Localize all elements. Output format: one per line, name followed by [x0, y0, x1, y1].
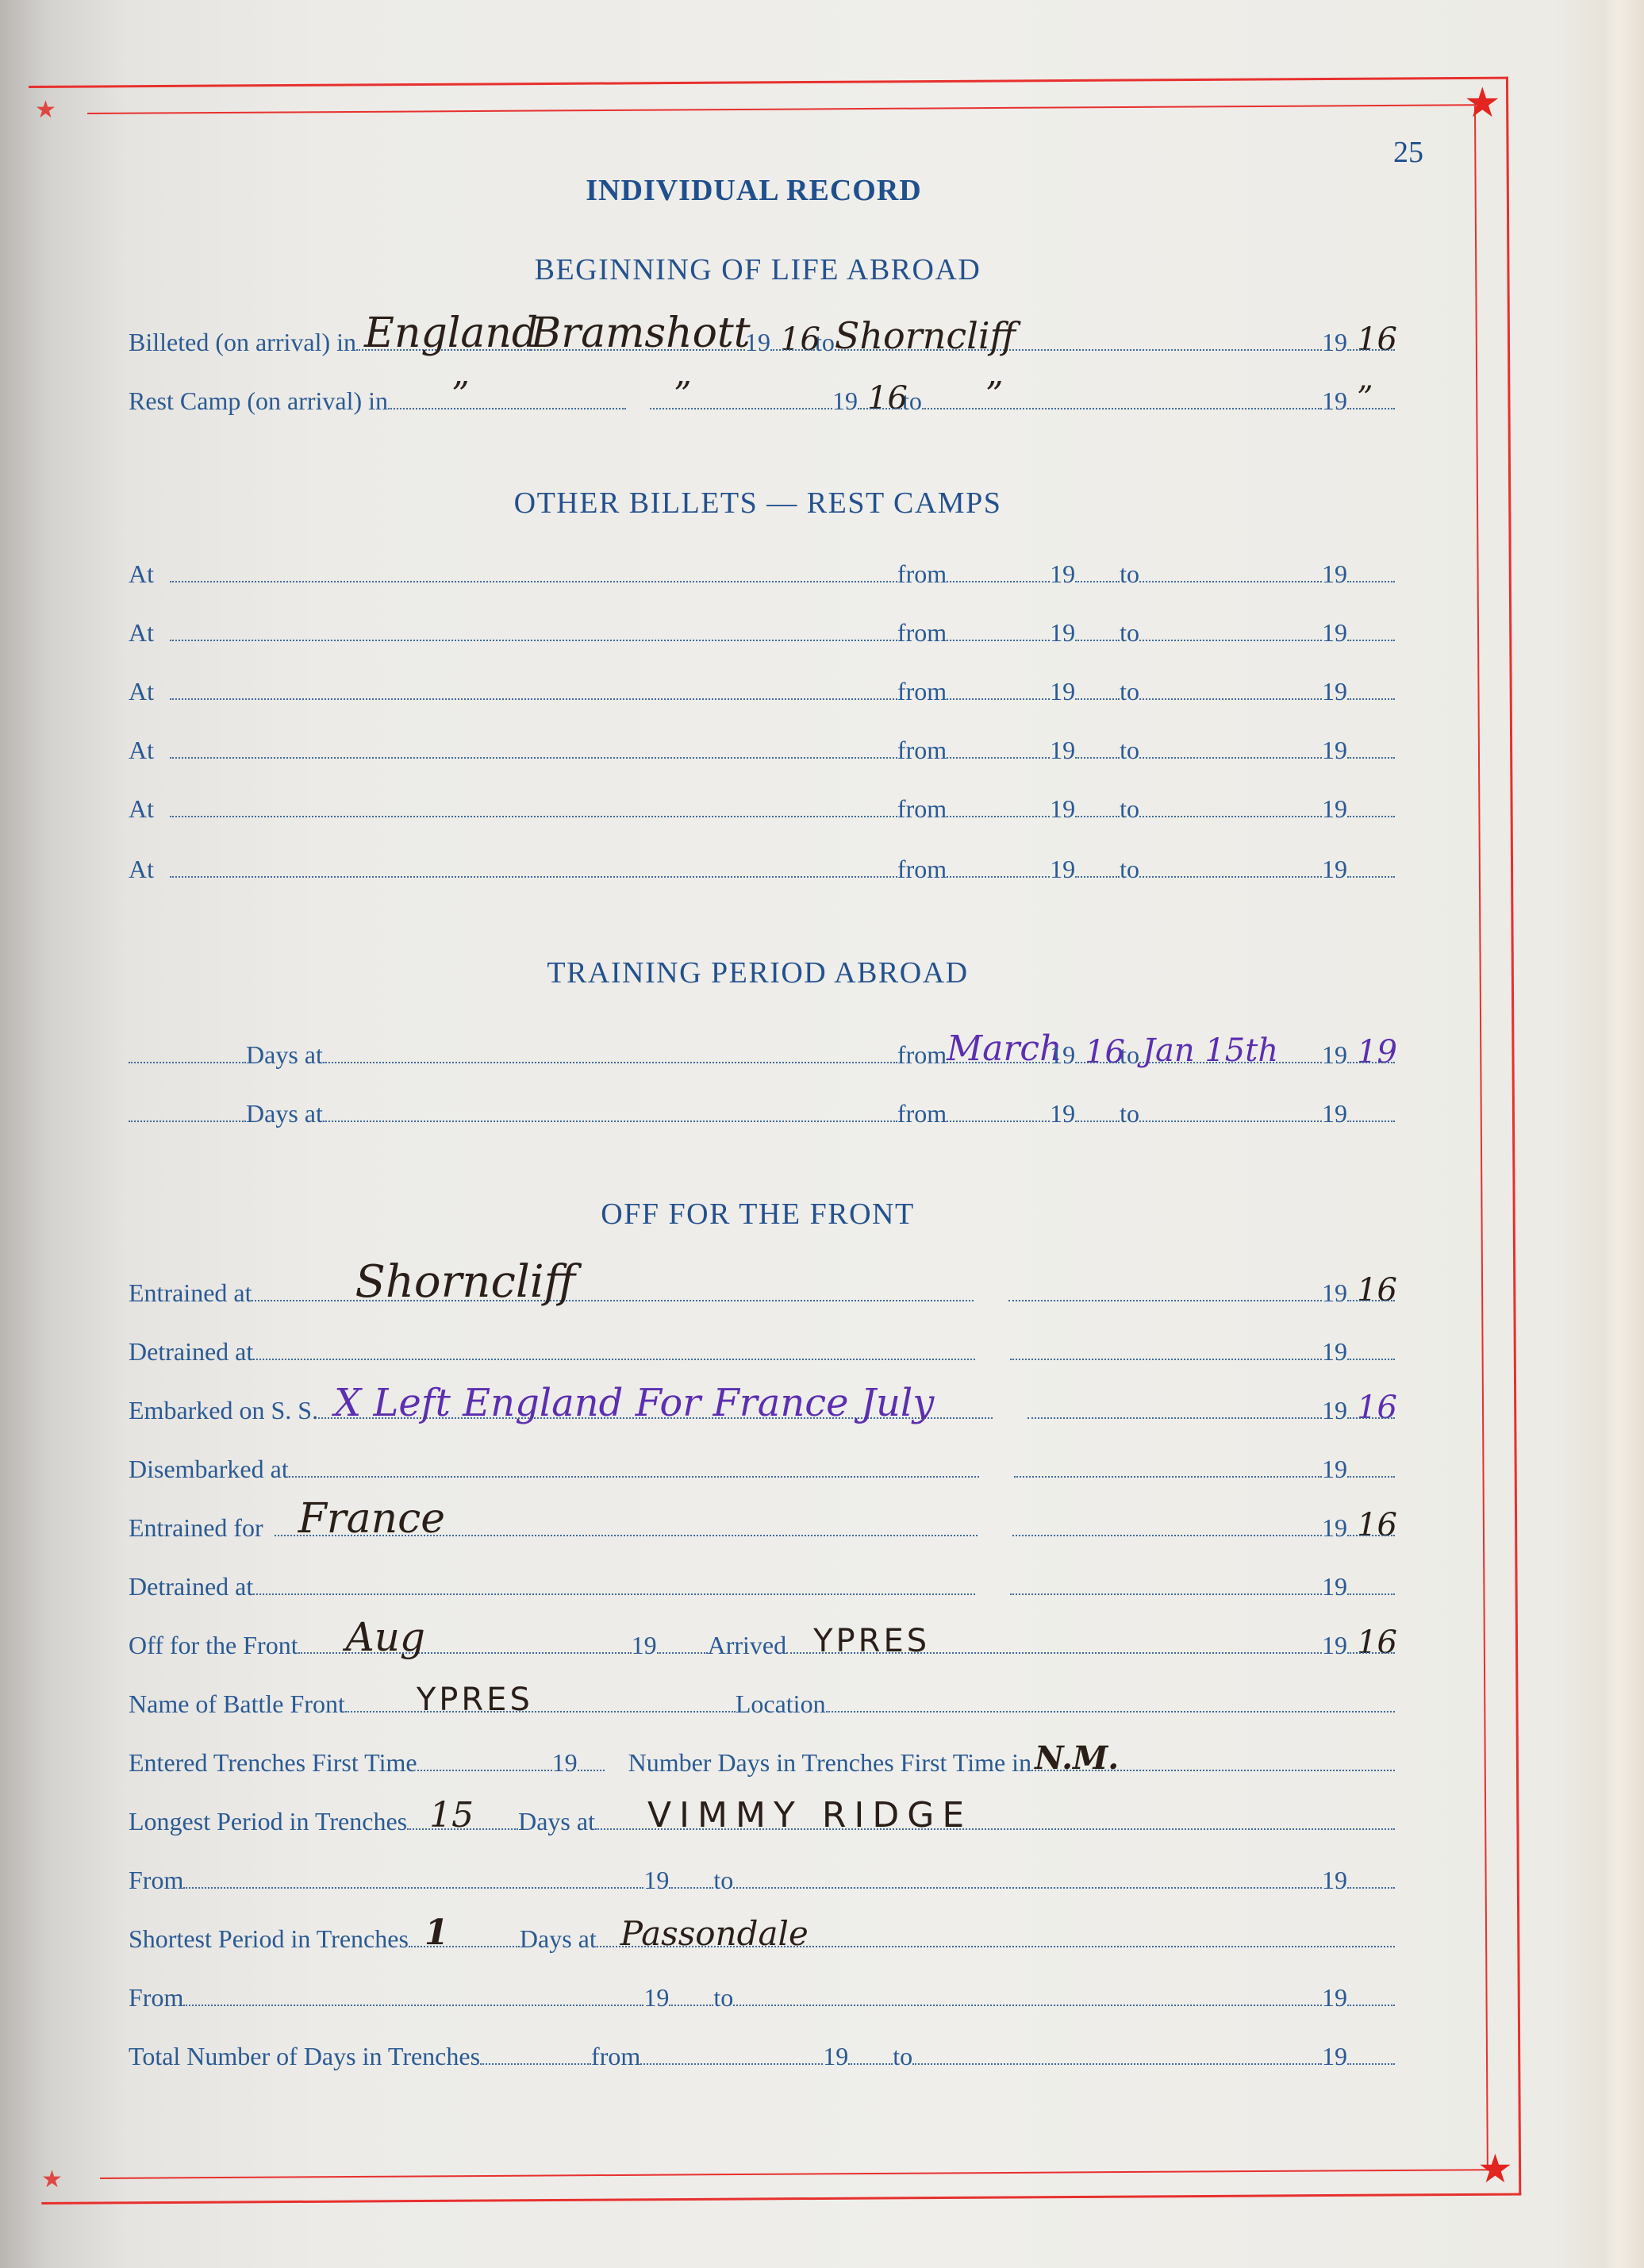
disembarked-row: Disembarked at 19	[129, 1446, 1395, 1484]
other-billet-from-field[interactable]	[947, 698, 1050, 700]
longest-place-field[interactable]: VIMMY RIDGE	[595, 1828, 1395, 1830]
battle-front-row: Name of Battle Front YPRES Location	[129, 1681, 1395, 1719]
entrained-for-year[interactable]: 1916	[1322, 1513, 1347, 1543]
training-row: Days at from 19 to 19	[129, 1090, 1395, 1128]
battle-front-field[interactable]: YPRES	[345, 1711, 736, 1713]
training-days-field[interactable]	[129, 1062, 246, 1063]
detrained-at-row: Detrained at 19	[129, 1328, 1395, 1367]
page-number: 25	[1393, 135, 1423, 170]
other-billet-to-field[interactable]	[1139, 640, 1322, 641]
training-from-field[interactable]	[947, 1121, 1050, 1122]
longest-period-row: Longest Period in Trenches 15 Days at VI…	[129, 1798, 1395, 1836]
rest-camp-place-field[interactable]: ”	[388, 408, 626, 409]
billeted-from-year[interactable]: 1916	[745, 328, 770, 357]
shortest-days-field[interactable]: 1	[409, 1946, 520, 1947]
billeted-place-field[interactable]: England	[356, 349, 531, 351]
longest-range-row: From 19 to 19	[129, 1857, 1395, 1895]
arrived-field[interactable]: YPRES	[786, 1652, 1322, 1654]
off-for-front-field[interactable]: Aug	[298, 1652, 632, 1654]
training-to-year[interactable]: 1919	[1322, 1040, 1347, 1070]
shortest-to-field[interactable]	[733, 2005, 1322, 2006]
rest-camp-place2-field[interactable]: ”	[650, 408, 832, 409]
star-icon: ★	[1477, 2149, 1513, 2189]
entered-trenches-row: Entered Trenches First Time 19 Number Da…	[129, 1739, 1395, 1778]
other-billet-from-field[interactable]	[947, 876, 1050, 878]
other-billet-at-field[interactable]	[170, 581, 897, 582]
training-from-field[interactable]: March	[947, 1062, 1050, 1063]
section-heading-other-billets: OTHER BILLETS — REST CAMPS	[0, 486, 1515, 521]
other-billet-row: At from 19 to 19	[129, 846, 1395, 884]
other-billet-to-field[interactable]	[1139, 581, 1322, 582]
days-first-time-field[interactable]: N.M.	[1031, 1770, 1395, 1771]
training-to-field[interactable]: Jan 15th	[1139, 1062, 1322, 1063]
billeted-to-year[interactable]: 1916	[1322, 328, 1347, 357]
other-billet-to-field[interactable]	[1139, 757, 1322, 759]
total-days-row: Total Number of Days in Trenches from 19…	[129, 2033, 1395, 2071]
section-heading-training: TRAINING PERIOD ABROAD	[0, 955, 1515, 990]
total-days-field[interactable]	[480, 2063, 591, 2065]
billeted-label: Billeted (on arrival) in	[129, 328, 356, 357]
training-place-field[interactable]	[323, 1062, 897, 1063]
other-billet-to-field[interactable]	[1139, 816, 1322, 817]
longest-from-field[interactable]	[183, 1887, 643, 1889]
training-from-year[interactable]: 1916	[1050, 1040, 1075, 1070]
other-billet-row: At from 19 to 19	[129, 786, 1395, 824]
section-heading-beginning: BEGINNING OF LIFE ABROAD	[0, 252, 1515, 287]
rest-camp-row: Rest Camp (on arrival) in ” ” 1916 to ” …	[129, 378, 1395, 416]
longest-days-field[interactable]: 15	[407, 1828, 518, 1830]
entrained-for-field[interactable]: France	[275, 1535, 978, 1536]
total-to-field[interactable]	[912, 2063, 1322, 2065]
entrained-at-field[interactable]: Shorncliff	[252, 1300, 974, 1301]
embarked-year[interactable]: 1916	[1322, 1396, 1347, 1425]
star-icon: ★	[41, 2168, 63, 2192]
disembarked-field[interactable]	[289, 1476, 979, 1478]
detrained-at-field[interactable]	[253, 1593, 975, 1595]
other-billet-from-field[interactable]	[947, 816, 1050, 817]
training-to-field[interactable]	[1139, 1121, 1322, 1122]
other-billet-row: At from 19 to 19	[129, 609, 1395, 648]
other-billet-at-field[interactable]	[170, 757, 897, 759]
detrained-at-row: Detrained at 19	[129, 1563, 1395, 1601]
rest-camp-to-year[interactable]: 19”	[1322, 386, 1347, 416]
shortest-range-row: From 19 to 19	[129, 1974, 1395, 2012]
other-billet-to-field[interactable]	[1139, 876, 1322, 878]
star-icon: ★	[1464, 83, 1501, 124]
billeted-to-place-field[interactable]: Shorncliff	[835, 349, 1322, 351]
billeted-row: Billeted (on arrival) in England Bramsho…	[129, 319, 1395, 357]
entered-trenches-field[interactable]	[417, 1770, 552, 1771]
longest-to-field[interactable]	[733, 1887, 1322, 1889]
other-billet-at-field[interactable]	[170, 640, 897, 641]
embarked-row: Embarked on S. S. X Left England For Fra…	[129, 1387, 1395, 1425]
other-billet-row: At from 19 to 19	[129, 551, 1395, 589]
detrained-at-field[interactable]	[253, 1359, 975, 1360]
location-field[interactable]	[826, 1711, 1395, 1713]
entrained-at-row: Entrained at Shorncliff 1916	[129, 1270, 1395, 1308]
rest-camp-to-place-field[interactable]: ”	[922, 408, 1322, 409]
star-icon: ★	[35, 98, 56, 122]
other-billet-from-field[interactable]	[947, 757, 1050, 759]
training-place-field[interactable]	[323, 1121, 897, 1122]
page-title: INDIVIDUAL RECORD	[0, 173, 1508, 208]
rest-camp-label: Rest Camp (on arrival) in	[129, 386, 388, 416]
embarked-ship-field[interactable]: X Left England For France July	[318, 1417, 993, 1419]
shortest-period-row: Shortest Period in Trenches 1 Days at Pa…	[129, 1916, 1395, 1954]
training-days-field[interactable]	[129, 1121, 246, 1122]
other-billet-at-field[interactable]	[170, 816, 897, 817]
rest-camp-from-year[interactable]: 1916	[832, 386, 858, 416]
shortest-place-field[interactable]: Passondale	[597, 1946, 1395, 1947]
other-billet-row: At from 19 to 19	[129, 668, 1395, 706]
other-billet-from-field[interactable]	[947, 581, 1050, 582]
section-heading-front: OFF FOR THE FRONT	[0, 1197, 1515, 1232]
arrived-year[interactable]: 1916	[1322, 1631, 1347, 1660]
other-billet-to-field[interactable]	[1139, 698, 1322, 700]
entrained-at-year[interactable]: 1916	[1322, 1278, 1347, 1308]
total-from-field[interactable]	[640, 2063, 823, 2065]
other-billet-at-field[interactable]	[170, 876, 897, 878]
shortest-from-field[interactable]	[183, 2005, 643, 2006]
billeted-place2-field[interactable]: Bramshott	[531, 349, 745, 351]
entrained-for-row: Entrained for France 1916	[129, 1505, 1395, 1543]
off-for-front-row: Off for the Front Aug 19 Arrived YPRES 1…	[129, 1622, 1395, 1660]
other-billet-at-field[interactable]	[170, 698, 897, 700]
other-billet-from-field[interactable]	[947, 640, 1050, 641]
other-billet-row: At from 19 to 19	[129, 727, 1395, 765]
training-row: Days at from March 1916 to Jan 15th 1919	[129, 1032, 1395, 1070]
